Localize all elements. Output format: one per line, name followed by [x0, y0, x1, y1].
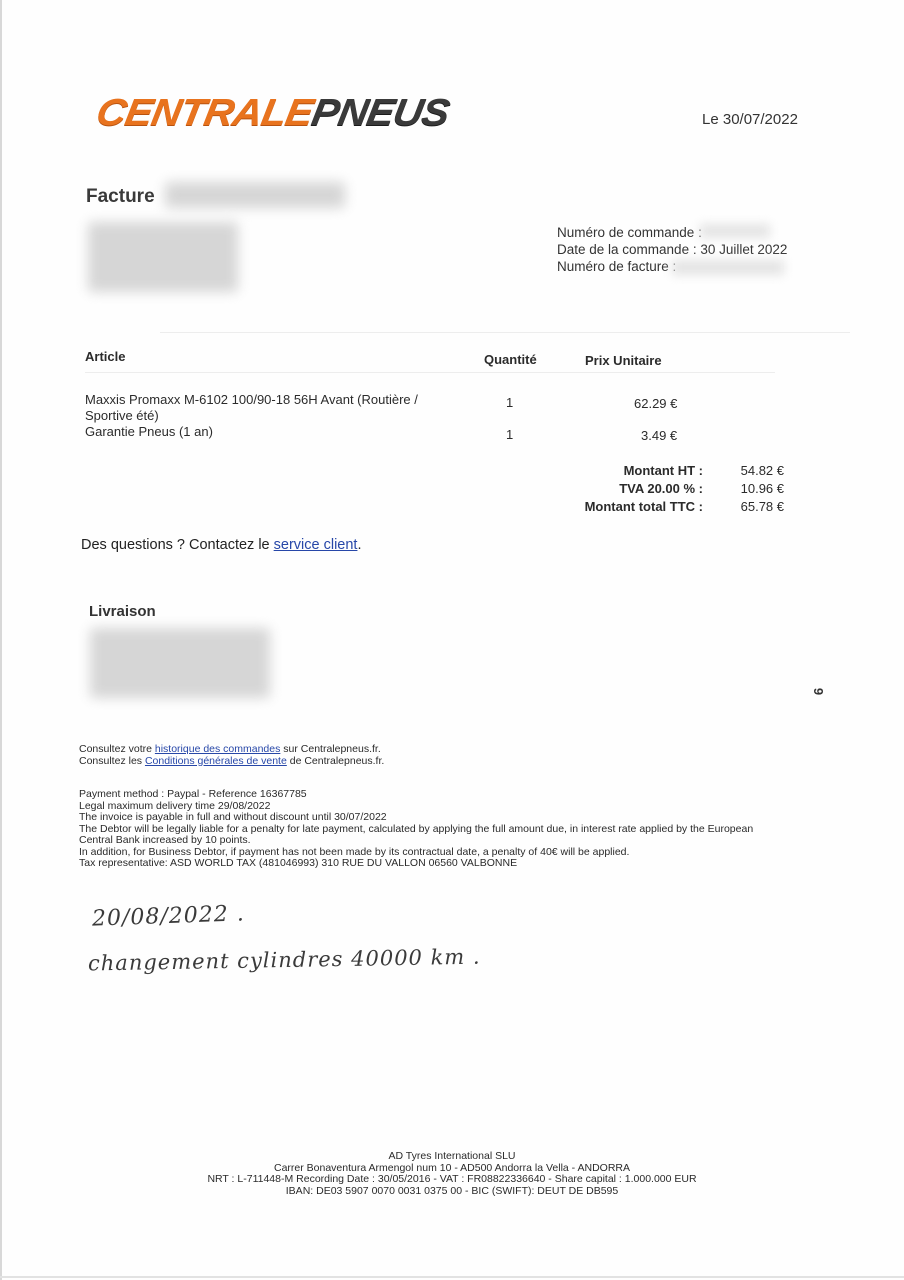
legal-line: The invoice is payable in full and witho… — [79, 812, 799, 824]
footer-registration: NRT : L-711448-M Recording Date : 30/05/… — [0, 1174, 904, 1186]
contact-line: Des questions ? Contactez le service cli… — [81, 537, 361, 553]
contact-prefix: Des questions ? Contactez le — [81, 537, 274, 553]
order-date-row: Date de la commande : 30 Juillet 2022 — [557, 241, 787, 258]
row-article: Garantie Pneus (1 an) — [85, 424, 213, 440]
vat-label: TVA 20.00 % : — [563, 481, 703, 496]
row-unit-price: 3.49 € — [641, 428, 677, 444]
page-edge-bottom — [0, 1276, 904, 1278]
footer-company-name: AD Tyres International SLU — [0, 1151, 904, 1163]
row-quantity: 1 — [506, 427, 513, 443]
order-date-value: 30 Juillet 2022 — [700, 242, 787, 257]
delivery-title: Livraison — [89, 603, 156, 620]
article-line: Sportive été) — [85, 408, 418, 424]
account-links: Consultez votre historique des commandes… — [79, 744, 384, 767]
company-footer: AD Tyres International SLU Carrer Bonave… — [0, 1151, 904, 1197]
legal-notes: Payment method : Paypal - Reference 1636… — [79, 789, 799, 870]
article-line: Maxxis Promaxx M-6102 100/90-18 56H Avan… — [85, 392, 418, 408]
total-ht-label: Montant HT : — [563, 463, 703, 478]
history-prefix: Consultez votre — [79, 743, 155, 755]
total-ttc-label: Montant total TTC : — [563, 499, 703, 514]
order-number-label: Numéro de commande : — [557, 225, 702, 240]
column-header-quantity: Quantité — [484, 352, 537, 367]
total-ttc-value: 65.78 € — [704, 499, 784, 514]
order-history-link[interactable]: historique des commandes — [155, 743, 280, 755]
redacted-delivery-address — [90, 628, 270, 698]
legal-line: Central Bank increased by 10 points. — [79, 835, 799, 847]
table-header-divider — [85, 372, 775, 373]
redacted-invoice-number — [672, 260, 784, 275]
divider — [160, 332, 850, 333]
logo-part-pneus: PNEUS — [309, 91, 453, 133]
row-article: Maxxis Promaxx M-6102 100/90-18 56H Avan… — [85, 392, 418, 424]
column-header-article: Article — [85, 349, 125, 364]
terms-line: Consultez les Conditions générales de ve… — [79, 756, 384, 768]
company-logo: CENTRALEPNEUS — [94, 94, 452, 132]
legal-line: Tax representative: ASD WORLD TAX (48104… — [79, 858, 799, 870]
service-client-link[interactable]: service client — [274, 537, 358, 553]
redacted-billing-address — [88, 222, 238, 292]
column-header-unit-price: Prix Unitaire — [585, 353, 662, 368]
row-quantity: 1 — [506, 395, 513, 411]
history-suffix: sur Centralepneus.fr. — [280, 743, 380, 755]
redacted-order-number — [700, 224, 770, 238]
handwritten-note: changement cylindres 40000 km . — [88, 945, 481, 976]
legal-line: Payment method : Paypal - Reference 1636… — [79, 789, 799, 801]
order-date-label: Date de la commande : — [557, 242, 697, 257]
invoice-title: Facture — [86, 186, 155, 208]
terms-link[interactable]: Conditions générales de vente — [145, 755, 287, 767]
handwritten-date: 20/08/2022 . — [92, 901, 246, 931]
page-edge — [0, 0, 2, 1280]
terms-suffix: de Centralepneus.fr. — [287, 755, 384, 767]
invoice-number-label: Numéro de facture : — [557, 259, 676, 274]
footer-bank: IBAN: DE03 5907 0070 0031 0375 00 - BIC … — [0, 1186, 904, 1198]
margin-mark: 9 — [811, 688, 826, 695]
contact-suffix: . — [357, 537, 361, 553]
terms-prefix: Consultez les — [79, 755, 145, 767]
redacted-invoice-id — [165, 182, 345, 208]
logo-part-centrale: CENTRALE — [93, 91, 316, 133]
row-unit-price: 62.29 € — [634, 396, 677, 412]
total-ht-value: 54.82 € — [704, 463, 784, 478]
invoice-date: Le 30/07/2022 — [702, 111, 798, 128]
vat-value: 10.96 € — [704, 481, 784, 496]
